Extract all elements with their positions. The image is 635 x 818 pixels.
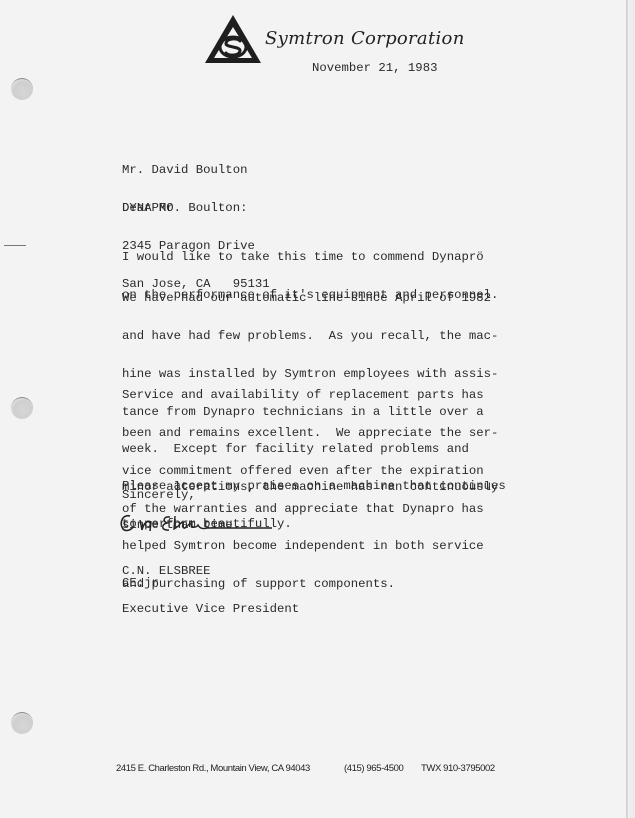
- reference-initials: CE:jr: [122, 577, 159, 590]
- signer-block: C.N. ELSBREE Executive Vice President: [122, 540, 299, 641]
- punch-hole-bottom: [11, 712, 33, 734]
- body-line: We have had our automatic line since Apr…: [122, 292, 498, 305]
- body-line: been and remains excellent. We appreciat…: [122, 427, 498, 440]
- margin-tick-mark: [4, 245, 26, 246]
- punch-hole-top: [11, 78, 33, 100]
- signer-title: Executive Vice President: [122, 603, 299, 616]
- punch-hole-middle: [11, 397, 33, 419]
- footer-phone: (415) 965-4500: [344, 763, 403, 774]
- body-line: I would like to take this time to commen…: [122, 251, 498, 264]
- body-line: Service and availability of replacement …: [122, 389, 498, 402]
- footer-address: 2415 E. Charleston Rd., Mountain View, C…: [116, 763, 310, 774]
- symtron-logo-icon: [203, 13, 263, 65]
- letter-page: Symtron Corporation November 21, 1983 Mr…: [0, 0, 635, 818]
- footer-twx: TWX 910-3795002: [421, 763, 495, 774]
- salutation: Dear Mr. Boulton:: [122, 202, 247, 215]
- page-edge: [626, 0, 628, 818]
- recipient-line: Mr. David Boulton: [122, 164, 270, 177]
- page-edge-shadow: [629, 0, 635, 818]
- company-name: Symtron Corporation: [265, 28, 465, 49]
- closing: Sincerely,: [122, 489, 196, 502]
- letter-date: November 21, 1983: [312, 61, 437, 75]
- body-line: and have had few problems. As you recall…: [122, 330, 498, 343]
- signature-icon: [118, 512, 273, 534]
